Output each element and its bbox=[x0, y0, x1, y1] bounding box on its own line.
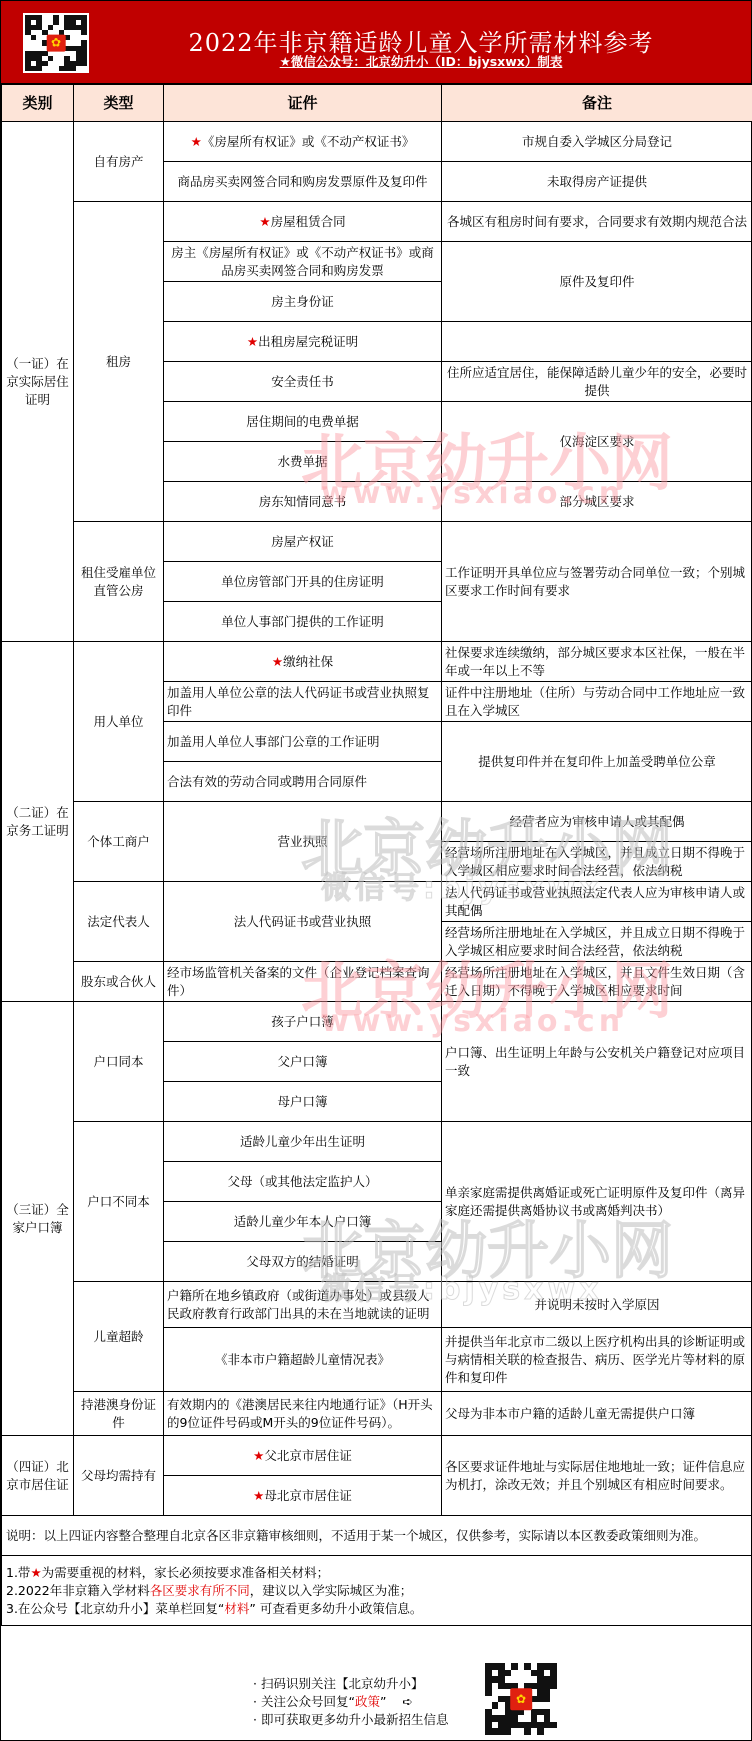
star-icon: ★ bbox=[253, 1448, 264, 1463]
type-cell: 法定代表人 bbox=[74, 882, 164, 962]
table-row: （一证）在京实际居住证明 自有房产 ★《房屋所有权证》或《不动产权证书》 市规自… bbox=[2, 122, 752, 162]
document-cell: 加盖用人单位公章的法人代码证书或营业执照复印件 bbox=[164, 682, 442, 722]
note-cell: 仅海淀区要求 bbox=[442, 402, 752, 482]
type-cell: 租住受雇单位直管公房 bbox=[74, 522, 164, 642]
document-cell: 《非本市户籍超龄儿童情况表》 bbox=[164, 1328, 442, 1392]
note-cell: 各城区有租房时间有要求，合同要求有效期内规范合法 bbox=[442, 202, 752, 242]
document-cell: 安全责任书 bbox=[164, 362, 442, 402]
document-cell: 户籍所在地乡镇政府（或街道办事处）或县级人民政府教育行政部门出具的未在当地就读的… bbox=[164, 1282, 442, 1328]
document-cell: 营业执照 bbox=[164, 802, 442, 882]
qr-code-icon: ✿ bbox=[483, 1661, 559, 1737]
type-cell: 租房 bbox=[74, 202, 164, 522]
note-item: 2.2022年非京籍入学材料各区要求有所不同，建议以入学实际城区为准； bbox=[6, 1582, 748, 1600]
category-cell: （三证）全家户口簿 bbox=[2, 1002, 74, 1436]
page-subtitle: ★微信公众号：北京幼升小（ID：bjysxwx）制表 bbox=[101, 52, 741, 70]
document-cell: 母户口簿 bbox=[164, 1082, 442, 1122]
document-cell: 有效期内的《港澳居民来往内地通行证》（H开头的9位证件号码或M开头的9位证件号码… bbox=[164, 1392, 442, 1436]
table-row: （三证）全家户口簿 户口同本 孩子户口簿 户口簿、出生证明上年龄与公安机关户籍登… bbox=[2, 1002, 752, 1042]
note-cell bbox=[442, 322, 752, 362]
document-cell: ★母北京市居住证 bbox=[164, 1476, 442, 1516]
note-cell: 未取得房产证提供 bbox=[442, 162, 752, 202]
category-cell: （四证）北京市居住证 bbox=[2, 1436, 74, 1516]
note-cell: 提供复印件并在复印件上加盖受聘单位公章 bbox=[442, 722, 752, 802]
materials-table: 类别 类型 证件 备注 （一证）在京实际居住证明 自有房产 ★《房屋所有权证》或… bbox=[1, 84, 752, 1626]
document-cell: 房东知情同意书 bbox=[164, 482, 442, 522]
col-header-note: 备注 bbox=[442, 85, 752, 122]
document-cell: ★房屋租赁合同 bbox=[164, 202, 442, 242]
arrow-right-icon: ➪ bbox=[402, 1694, 412, 1709]
note-cell: 社保要求连续缴纳，部分城区要求本区社保，一般在半年或一年以上不等 bbox=[442, 642, 752, 682]
note-cell: 经营场所注册地址在入学城区，并且成立日期不得晚于入学城区相应要求时间合法经营，依… bbox=[442, 922, 752, 962]
document-cell: 房主《房屋所有权证》或《不动产权证书》或商品房买卖网签合同和购房发票 bbox=[164, 242, 442, 282]
document-cell: 单位人事部门提供的工作证明 bbox=[164, 602, 442, 642]
document-cell: 商品房买卖网签合同和购房发票原件及复印件 bbox=[164, 162, 442, 202]
table-row: 个体工商户 营业执照 经营者应为审核申请人或其配偶 bbox=[2, 802, 752, 842]
star-icon: ★ bbox=[259, 214, 270, 229]
category-cell: （一证）在京实际居住证明 bbox=[2, 122, 74, 642]
note-cell: 市规自委入学城区分局登记 bbox=[442, 122, 752, 162]
materials-sheet: ✿ 2022年非京籍适龄儿童入学所需材料参考 ★微信公众号：北京幼升小（ID：b… bbox=[0, 0, 752, 1741]
note-cell: 单亲家庭需提供离婚证或死亡证明原件及复印件（离异家庭还需提供离婚协议书或离婚判决… bbox=[442, 1122, 752, 1282]
document-cell: 水费单据 bbox=[164, 442, 442, 482]
type-cell: 儿童超龄 bbox=[74, 1282, 164, 1392]
document-cell: 法人代码证书或营业执照 bbox=[164, 882, 442, 962]
note-cell: 证件中注册地址（住所）与劳动合同中工作地址应一致且在入学城区 bbox=[442, 682, 752, 722]
document-cell: ★父北京市居住证 bbox=[164, 1436, 442, 1476]
type-cell: 持港澳身份证件 bbox=[74, 1392, 164, 1436]
note-cell: 父母为非本市户籍的适龄儿童无需提供户口簿 bbox=[442, 1392, 752, 1436]
document-cell: 父户口簿 bbox=[164, 1042, 442, 1082]
type-cell: 股东或合伙人 bbox=[74, 962, 164, 1002]
table-row: 法定代表人 法人代码证书或营业执照 法人代码证书或营业执照法定代表人应为审核申请… bbox=[2, 882, 752, 922]
table-row: （二证）在京务工证明 用人单位 ★缴纳社保 社保要求连续缴纳，部分城区要求本区社… bbox=[2, 642, 752, 682]
type-cell: 户口同本 bbox=[74, 1002, 164, 1122]
col-header-document: 证件 bbox=[164, 85, 442, 122]
note-cell: 户口簿、出生证明上年龄与公安机关户籍登记对应项目一致 bbox=[442, 1002, 752, 1122]
document-cell: 经市场监管机关备案的文件（企业登记档案查询件） bbox=[164, 962, 442, 1002]
note-item: 3.在公众号【北京幼升小】菜单栏回复“材料” 可查看更多幼升小政策信息。 bbox=[6, 1600, 748, 1618]
table-row: （四证）北京市居住证 父母均需持有 ★父北京市居住证 各区要求证件地址与实际居住… bbox=[2, 1436, 752, 1476]
star-icon: ★ bbox=[247, 334, 258, 349]
document-cell: 加盖用人单位人事部门公章的工作证明 bbox=[164, 722, 442, 762]
document-cell: 合法有效的劳动合同或聘用合同原件 bbox=[164, 762, 442, 802]
star-icon: ★ bbox=[272, 654, 283, 669]
table-row: 股东或合伙人 经市场监管机关备案的文件（企业登记档案查询件） 经营场所注册地址在… bbox=[2, 962, 752, 1002]
document-cell: ★缴纳社保 bbox=[164, 642, 442, 682]
table-row: 租住受雇单位直管公房 房屋产权证 工作证明开具单位应与签署劳动合同单位一致；个别… bbox=[2, 522, 752, 562]
notes-list: 1.带★为需要重视的材料，家长必须按要求准备相关材料； 2.2022年非京籍入学… bbox=[6, 1564, 748, 1618]
document-cell: 适龄儿童少年本人户口簿 bbox=[164, 1202, 442, 1242]
star-icon: ★ bbox=[191, 134, 202, 149]
note-item: 1.带★为需要重视的材料，家长必须按要求准备相关材料； bbox=[6, 1564, 748, 1582]
note-cell: 住所应适宜居住，能保障适龄儿童少年的安全，必要时提供 bbox=[442, 362, 752, 402]
table-row: 持港澳身份证件 有效期内的《港澳居民来往内地通行证》（H开头的9位证件号码或M开… bbox=[2, 1392, 752, 1436]
note-cell: 经营者应为审核申请人或其配偶 bbox=[442, 802, 752, 842]
note-cell: 经营场所注册地址在入学城区，并且成立日期不得晚于入学城区相应要求时间合法经营，依… bbox=[442, 842, 752, 882]
type-cell: 个体工商户 bbox=[74, 802, 164, 882]
category-cell: （二证）在京务工证明 bbox=[2, 642, 74, 1002]
table-row: 儿童超龄 户籍所在地乡镇政府（或街道办事处）或县级人民政府教育行政部门出具的未在… bbox=[2, 1282, 752, 1328]
note-cell: 各区要求证件地址与实际居住地地址一致；证件信息应为机打，涂改无效；并且个别城区有… bbox=[442, 1436, 752, 1516]
type-cell: 户口不同本 bbox=[74, 1122, 164, 1282]
document-cell: 父母（或其他法定监护人） bbox=[164, 1162, 442, 1202]
note-cell: 原件及复印件 bbox=[442, 242, 752, 322]
qr-code-icon: ✿ bbox=[23, 13, 89, 73]
star-icon: ★ bbox=[253, 1488, 264, 1503]
brand-logo-icon: ✿ bbox=[510, 1688, 532, 1710]
document-cell: 父母双方的结婚证明 bbox=[164, 1242, 442, 1282]
document-cell: 房主身份证 bbox=[164, 282, 442, 322]
explanation-row: 说明：以上四证内容整合整理自北京各区非京籍审核细则，不适用于某一个城区，仅供参考… bbox=[2, 1516, 752, 1556]
note-cell: 经营场所注册地址在入学城区，并且文件生效日期（含迁入日期）不得晚于入学城区相应要… bbox=[442, 962, 752, 1002]
document-cell: 居住期间的电费单据 bbox=[164, 402, 442, 442]
footer-text: · 扫码识别关注【北京幼升小】 · 关注公众号回复“政策” ➪ · 即可获取更多… bbox=[253, 1675, 448, 1729]
notes-row: 1.带★为需要重视的材料，家长必须按要求准备相关材料； 2.2022年非京籍入学… bbox=[2, 1556, 752, 1626]
note-cell: 并说明未按时入学原因 bbox=[442, 1282, 752, 1328]
brand-logo-icon: ✿ bbox=[47, 35, 66, 52]
footer: · 扫码识别关注【北京幼升小】 · 关注公众号回复“政策” ➪ · 即可获取更多… bbox=[1, 1651, 752, 1741]
note-cell: 并提供当年北京市二级以上医疗机构出具的诊断证明或与病情相关联的检查报告、病历、医… bbox=[442, 1328, 752, 1392]
document-cell: ★出租房屋完税证明 bbox=[164, 322, 442, 362]
type-cell: 用人单位 bbox=[74, 642, 164, 802]
type-cell: 父母均需持有 bbox=[74, 1436, 164, 1516]
note-cell: 部分城区要求 bbox=[442, 482, 752, 522]
table-header-row: 类别 类型 证件 备注 bbox=[2, 85, 752, 122]
star-icon: ★ bbox=[30, 1565, 41, 1580]
note-cell: 法人代码证书或营业执照法定代表人应为审核申请人或其配偶 bbox=[442, 882, 752, 922]
table-row: 户口不同本 适龄儿童少年出生证明 单亲家庭需提供离婚证或死亡证明原件及复印件（离… bbox=[2, 1122, 752, 1162]
document-cell: 适龄儿童少年出生证明 bbox=[164, 1122, 442, 1162]
col-header-type: 类型 bbox=[74, 85, 164, 122]
title-bar: ✿ 2022年非京籍适龄儿童入学所需材料参考 ★微信公众号：北京幼升小（ID：b… bbox=[1, 1, 751, 84]
document-cell: 单位房管部门开具的住房证明 bbox=[164, 562, 442, 602]
table-row: 租房 ★房屋租赁合同 各城区有租房时间有要求，合同要求有效期内规范合法 bbox=[2, 202, 752, 242]
note-cell: 工作证明开具单位应与签署劳动合同单位一致；个别城区要求工作时间有要求 bbox=[442, 522, 752, 642]
document-cell: 孩子户口簿 bbox=[164, 1002, 442, 1042]
document-cell: 房屋产权证 bbox=[164, 522, 442, 562]
explanation-text: 说明：以上四证内容整合整理自北京各区非京籍审核细则，不适用于某一个城区，仅供参考… bbox=[2, 1516, 752, 1556]
col-header-category: 类别 bbox=[2, 85, 74, 122]
type-cell: 自有房产 bbox=[74, 122, 164, 202]
document-cell: ★《房屋所有权证》或《不动产权证书》 bbox=[164, 122, 442, 162]
